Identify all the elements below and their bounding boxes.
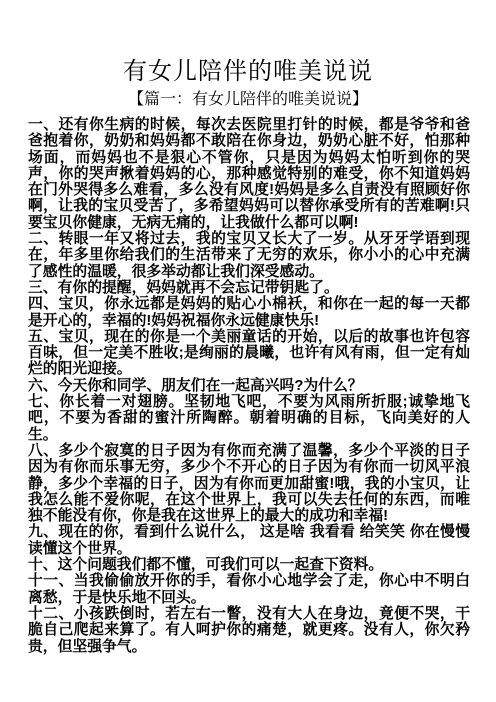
document-title: 有女儿陪伴的唯美说说 (0, 0, 496, 87)
paragraph: 六、今天你和同学、朋友们在一起高兴吗?为什么？ (28, 378, 470, 394)
paragraph: 八、多少个寂寞的日子因为有你而充满了温馨，多少个平淡的日子因为有你而乐事无穷，多… (28, 443, 470, 524)
paragraph: 九、现在的你，看到什么说什么， 这是啥 我看看 给笑笑 你在慢慢读懂这个世界。 (28, 524, 470, 557)
paragraph: 一、还有你生病的时候，每次去医院里打针的时候，都是爷爷和爸爸抱着你，奶奶和妈妈都… (28, 117, 470, 231)
document-subtitle: 【篇一：有女儿陪伴的唯美说说】 (0, 87, 496, 110)
document-page: 有女儿陪伴的唯美说说 【篇一：有女儿陪伴的唯美说说】 一、还有你生病的时候，每次… (0, 0, 496, 702)
paragraph: 四、宝贝，你永远都是妈妈的贴心小棉袄，和你在一起的每一天都是开心的，幸福的!妈妈… (28, 296, 470, 329)
paragraph: 七、你长着一对翅膀。坚韧地飞吧，不要为风雨所折服;诚挚地飞吧，不要为香甜的蜜汁所… (28, 394, 470, 443)
paragraph: 三、有你的提醒，妈妈就再不会忘记带钥匙了。 (28, 280, 470, 296)
paragraph: 十二、小孩跌倒时，若左右一瞥，没有大人在身边，竟便不哭，干脆自己爬起来算了。有人… (28, 606, 470, 655)
paragraph: 五、宝贝，现在的你是一个美丽童话的开始，以后的故事也许包容百味，但一定美不胜收;… (28, 329, 470, 378)
paragraph: 二、转眼一年又将过去，我的宝贝又长大了一岁。从牙牙学语到现在，年多里你给我们的生… (28, 231, 470, 280)
paragraph: 十、这个问题我们都不懂，可我们可以一起查下资料。 (28, 557, 470, 573)
document-body: 一、还有你生病的时候，每次去医院里打针的时候，都是爷爷和爸爸抱着你，奶奶和妈妈都… (28, 117, 470, 655)
paragraph: 十一、当我偷偷放开你的手，看你小心地学会了走，你心中不明白离愁，于是快乐地不回头… (28, 573, 470, 606)
